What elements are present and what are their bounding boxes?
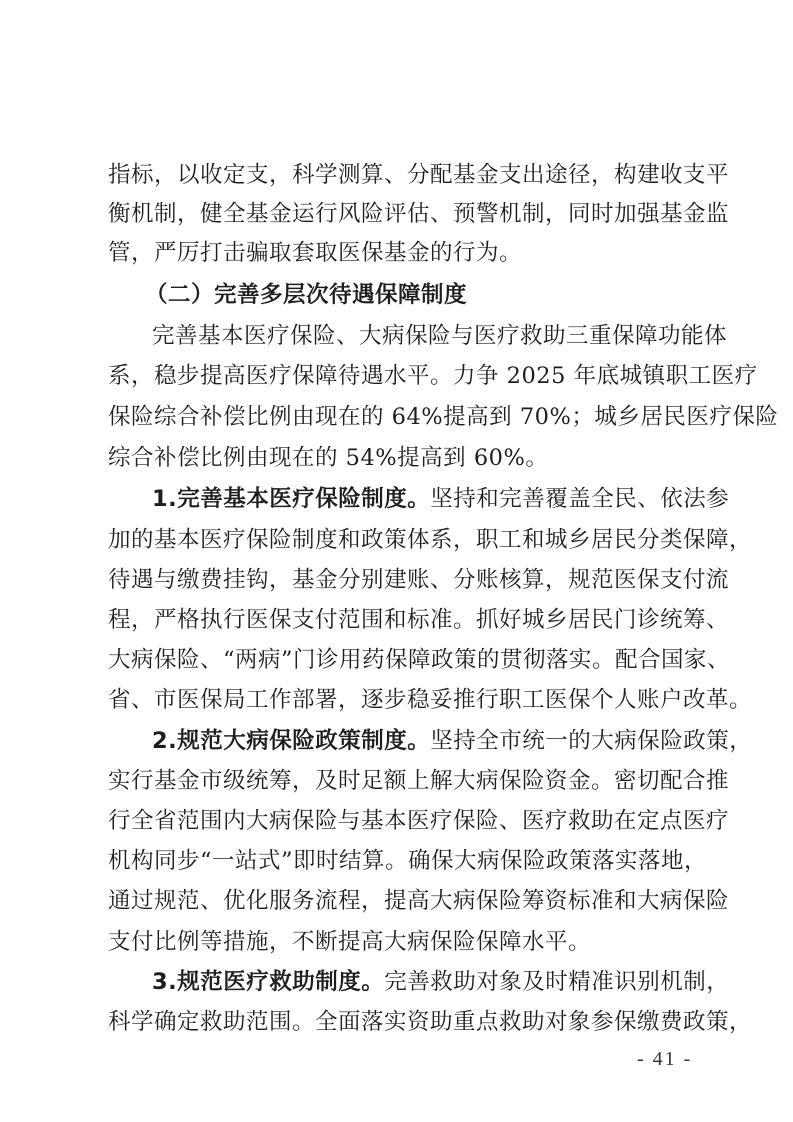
paragraph-line: 机构同步“一站式”即时结算。确保大病保险政策落实落地， xyxy=(108,846,692,876)
subsection-line: 3.规范医疗救助制度。完善救助对象及时精准识别机制， xyxy=(152,967,692,997)
section-heading: （二）完善多层次待遇保障制度 xyxy=(145,280,729,310)
subsection-title: 3.规范医疗救助制度。 xyxy=(152,969,384,995)
subsection-line: 2.规范大病保险政策制度。坚持全市统一的大病保险政策， xyxy=(152,726,692,756)
paragraph-line: 衡机制，健全基金运行风险评估、预警机制，同时加强基金监 xyxy=(108,199,692,229)
paragraph-line: 大病保险、“两病”门诊用药保障政策的贯彻落实。配合国家、 xyxy=(108,645,692,675)
paragraph-line: 保险综合补偿比例由现在的 64%提高到 70%；城乡居民医疗保险 xyxy=(108,402,692,432)
paragraph-line: 程，严格执行医保支付范围和标准。抓好城乡居民门诊统筹、 xyxy=(108,605,692,635)
paragraph-line: 完善基本医疗保险、大病保险与医疗救助三重保障功能体 xyxy=(152,321,692,351)
paragraph-line: 实行基金市级统筹，及时足额上解大病保险资金。密切配合推 xyxy=(108,766,692,796)
paragraph-line: 省、市医保局工作部署，逐步稳妥推行职工医保个人账户改革。 xyxy=(108,685,692,715)
paragraph-text: 坚持全市统一的大病保险政策， xyxy=(430,728,752,754)
paragraph-line: 科学确定救助范围。全面落实资助重点救助对象参保缴费政策， xyxy=(108,1007,692,1037)
paragraph-line: 综合补偿比例由现在的 54%提高到 60%。 xyxy=(108,443,692,473)
paragraph-text: 坚持和完善覆盖全民、依法参 xyxy=(430,486,729,512)
paragraph-line: 加的基本医疗保险制度和政策体系，职工和城乡居民分类保障， xyxy=(108,525,692,555)
paragraph-line: 指标，以收定支，科学测算、分配基金支出途径，构建收支平 xyxy=(108,160,692,190)
subsection-title: 1.完善基本医疗保险制度。 xyxy=(152,486,430,512)
paragraph-line: 支付比例等措施，不断提高大病保险保障水平。 xyxy=(108,927,692,957)
paragraph-line: 通过规范、优化服务流程，提高大病保险筹资标准和大病保险 xyxy=(108,886,692,916)
paragraph-line: 待遇与缴费挂钩，基金分别建账、分账核算，规范医保支付流 xyxy=(108,565,692,595)
document-page: 指标，以收定支，科学测算、分配基金支出途径，构建收支平 衡机制，健全基金运行风险… xyxy=(0,0,793,1122)
subsection-title: 2.规范大病保险政策制度。 xyxy=(152,728,430,754)
paragraph-line: 行全省范围内大病保险与基本医疗保险、医疗救助在定点医疗 xyxy=(108,806,692,836)
paragraph-line: 系，稳步提高医疗保障待遇水平。力争 2025 年底城镇职工医疗 xyxy=(108,361,692,391)
subsection-line: 1.完善基本医疗保险制度。坚持和完善覆盖全民、依法参 xyxy=(152,484,692,514)
page-number: - 41 - xyxy=(637,1048,692,1071)
paragraph-line: 管，严厉打击骗取套取医保基金的行为。 xyxy=(108,238,692,268)
paragraph-text: 完善救助对象及时精准识别机制， xyxy=(384,969,729,995)
